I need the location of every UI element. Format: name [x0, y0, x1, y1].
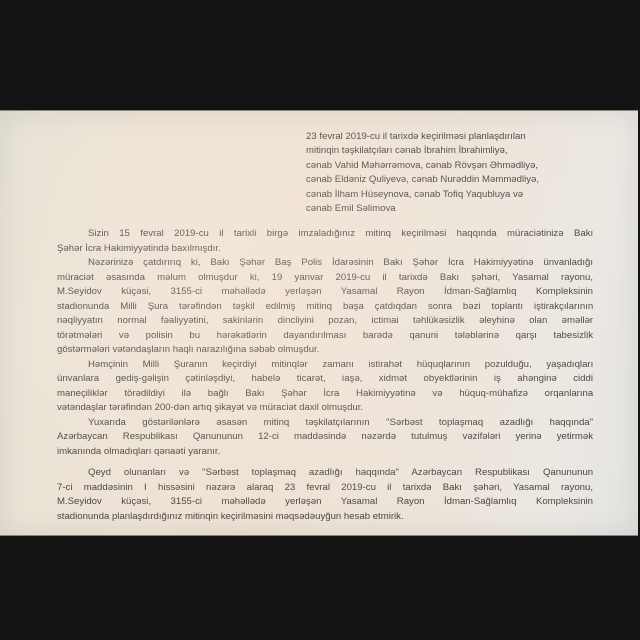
text-line: müraciət əsasında məlum olmuşdur ki, 19 … [57, 271, 593, 286]
text-line: Şəhər İcra Hakimiyyətində baxılmışdır. [57, 242, 593, 257]
text-line: M.Seyidov küçəsi, 3155-ci məhəllədə yerl… [57, 495, 593, 510]
text-line: stadionunda planlaşdırdığınız mitinqin k… [57, 510, 593, 525]
text-line: vətəndaşlar tərəfindən 200-dən artıq şik… [57, 401, 593, 416]
text-line: Sizin 15 fevral 2019-cu il tarixli birgə… [57, 227, 593, 242]
text-line: Qeyd olunanları və "Sərbəst toplaşmaq az… [57, 466, 593, 481]
text-line: ünvanlara gediş-gəlişin çətinləşdiyi, ha… [57, 372, 593, 387]
text-line: Həmçinin Milli Şuranın keçirdiyi mitinql… [57, 358, 593, 373]
text-line: M.Seyidov küçəsi, 3155-ci məhəllədə yerl… [57, 285, 593, 300]
addressee-line: cənab İlham Hüseynova, cənab Tofiq Yaqub… [306, 188, 606, 202]
text-line: 7-ci maddəsinin I hissəsini nəzərə alara… [57, 481, 593, 496]
paragraph-1: Sizin 15 fevral 2019-cu il tarixli birgə… [57, 227, 593, 256]
photo-background: 23 fevral 2019-cu il tarixdə keçirilməsi… [0, 0, 640, 640]
paragraph-4: Yuxarıda göstərilənlərə əsasən mitinq tə… [57, 416, 593, 460]
paragraph-2: Nəzərinizə çatdırırıq ki, Bakı Şəhər Baş… [57, 256, 593, 358]
text-line: nəqliyyatın normal fəaliyyətini, sakinlə… [57, 314, 593, 329]
paragraph-5: Qeyd olunanları və "Sərbəst toplaşmaq az… [57, 466, 593, 524]
text-line: göstərmələri vətəndaşların haqlı narazıl… [57, 343, 593, 358]
paragraph-3: Həmçinin Milli Şuranın keçirdiyi mitinql… [57, 358, 593, 416]
letter-body: Sizin 15 fevral 2019-cu il tarixli birgə… [57, 227, 593, 524]
addressee-line: mitinqin təşkilatçıları cənab İbrahim İb… [306, 144, 606, 158]
text-line: törətmələri və polisin bu hərəkətlərin d… [57, 329, 593, 344]
text-line: imkanında olmadıqları qənaəti yaranır. [57, 445, 593, 460]
text-line: stadionunda Milli Şura tərəfindən təşkil… [57, 300, 593, 315]
addressee-line: cənab Vahid Məhərrəmova, cənab Rövşən Əh… [306, 159, 606, 173]
addressee-line: cənab Eldəniz Quliyevə, cənab Nurəddin M… [306, 173, 606, 187]
document-page: 23 fevral 2019-cu il tarixdə keçirilməsi… [0, 110, 638, 536]
addressee-line: 23 fevral 2019-cu il tarixdə keçirilməsi… [306, 130, 606, 144]
text-line: Yuxarıda göstərilənlərə əsasən mitinq tə… [57, 416, 593, 431]
text-line: Nəzərinizə çatdırırıq ki, Bakı Şəhər Baş… [57, 256, 593, 271]
text-line: maneçiliklər törədildiyi ilə bağlı Bakı … [57, 387, 593, 402]
addressee-block: 23 fevral 2019-cu il tarixdə keçirilməsi… [306, 130, 606, 216]
paragraph-spacer [57, 459, 593, 466]
addressee-line: cənab Emil Səlimova [306, 202, 606, 216]
text-line: Azərbaycan Respublikası Qanununun 12-ci … [57, 430, 593, 445]
